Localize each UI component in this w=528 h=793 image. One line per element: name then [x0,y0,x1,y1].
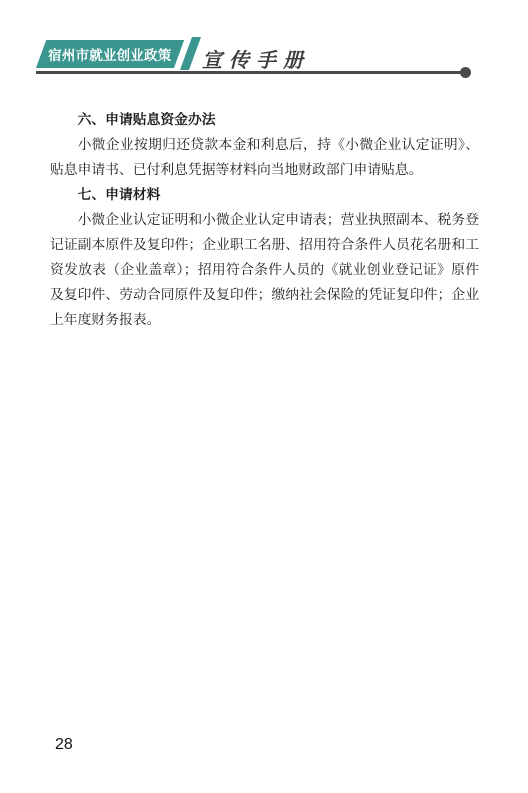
handbook-page: 宿州市就业创业政策 宣传手册 六、申请贴息资金办法 小微企业按期归还贷款本金和利… [0,0,528,793]
handbook-subtitle: 宣传手册 [202,44,310,73]
section-application-materials: 七、申请材料 小微企业认定证明和小微企业认定申请表；营业执照副本、税务登记证副本… [50,182,479,332]
page-content: 六、申请贴息资金办法 小微企业按期归还贷款本金和利息后，持《小微企业认定证明》、… [50,107,479,332]
policy-title-text: 宿州市就业创业政策 [48,44,171,64]
section-heading: 七、申请材料 [50,182,479,207]
section-body: 小微企业认定证明和小微企业认定申请表；营业执照副本、税务登记证副本原件及复印件；… [50,207,479,332]
page-number: 28 [55,736,73,754]
header-rule [36,71,464,74]
policy-title-banner: 宿州市就业创业政策 [36,40,184,68]
rule-end-dot-icon [460,67,471,78]
section-subsidy-application: 六、申请贴息资金办法 小微企业按期归还贷款本金和利息后，持《小微企业认定证明》、… [50,107,479,182]
section-heading: 六、申请贴息资金办法 [50,107,479,132]
section-body: 小微企业按期归还贷款本金和利息后，持《小微企业认定证明》、贴息申请书、已付利息凭… [50,132,479,182]
